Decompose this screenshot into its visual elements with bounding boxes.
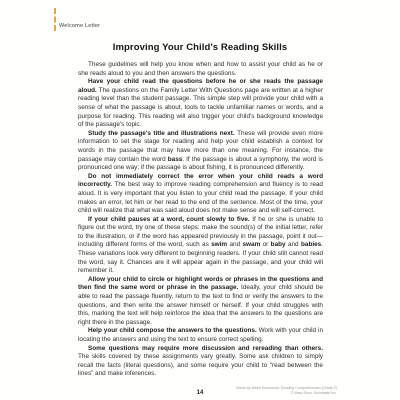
page-number: 14 bbox=[0, 390, 400, 396]
bold-text-segment: Help your child compose the answers to t… bbox=[88, 327, 259, 334]
text-segment: The questions on the Family Letter With … bbox=[78, 87, 323, 128]
text-segment: These guidelines will help you know when… bbox=[78, 61, 323, 77]
bold-text-segment: Some questions may require more discussi… bbox=[88, 345, 323, 352]
paragraph: Study the passage's title and illustrati… bbox=[78, 130, 323, 173]
paragraph: Help your child compose the answers to t… bbox=[78, 327, 323, 344]
page-tab: Welcome Letter bbox=[54, 8, 100, 31]
bold-text-segment: swam bbox=[243, 241, 261, 248]
bold-text-segment: If your child pauses at a word, count sl… bbox=[88, 216, 252, 223]
credit-line-1: Week-by-Week Homework: Reading Comprehen… bbox=[236, 386, 337, 390]
text-segment: and bbox=[286, 241, 301, 248]
bold-text-segment: bass bbox=[168, 156, 183, 163]
text-segment: and bbox=[227, 241, 242, 248]
paragraph: Allow your child to circle or highlight … bbox=[78, 276, 323, 328]
paragraph: If your child pauses at a word, count sl… bbox=[78, 216, 323, 276]
bold-text-segment: baby bbox=[271, 241, 286, 248]
bold-text-segment: Study the passage's title and illustrati… bbox=[88, 130, 237, 137]
bold-text-segment: babies bbox=[301, 241, 321, 248]
page-title: Improving Your Child's Reading Skills bbox=[0, 42, 400, 53]
paragraph: Some questions may require more discussi… bbox=[78, 345, 323, 379]
paragraph: Do not immediately correct the error whe… bbox=[78, 173, 323, 216]
text-segment: The best way to improve reading comprehe… bbox=[78, 181, 323, 214]
document-page: Welcome Letter Improving Your Child's Re… bbox=[0, 0, 400, 400]
paragraph: These guidelines will help you know when… bbox=[78, 61, 323, 78]
body-paragraphs: These guidelines will help you know when… bbox=[78, 61, 323, 379]
dashed-binding-icon bbox=[54, 8, 56, 31]
bold-text-segment: swim bbox=[211, 241, 227, 248]
paragraph: Have your child read the questions befor… bbox=[78, 78, 323, 130]
text-segment: or bbox=[260, 241, 270, 248]
text-segment: The skills covered by these assignments … bbox=[78, 353, 323, 377]
tab-label: Welcome Letter bbox=[59, 23, 100, 31]
copyright-credit: Week-by-Week Homework: Reading Comprehen… bbox=[236, 386, 337, 395]
credit-line-2: © Mary Rose, Scholastic Inc. bbox=[236, 391, 337, 395]
